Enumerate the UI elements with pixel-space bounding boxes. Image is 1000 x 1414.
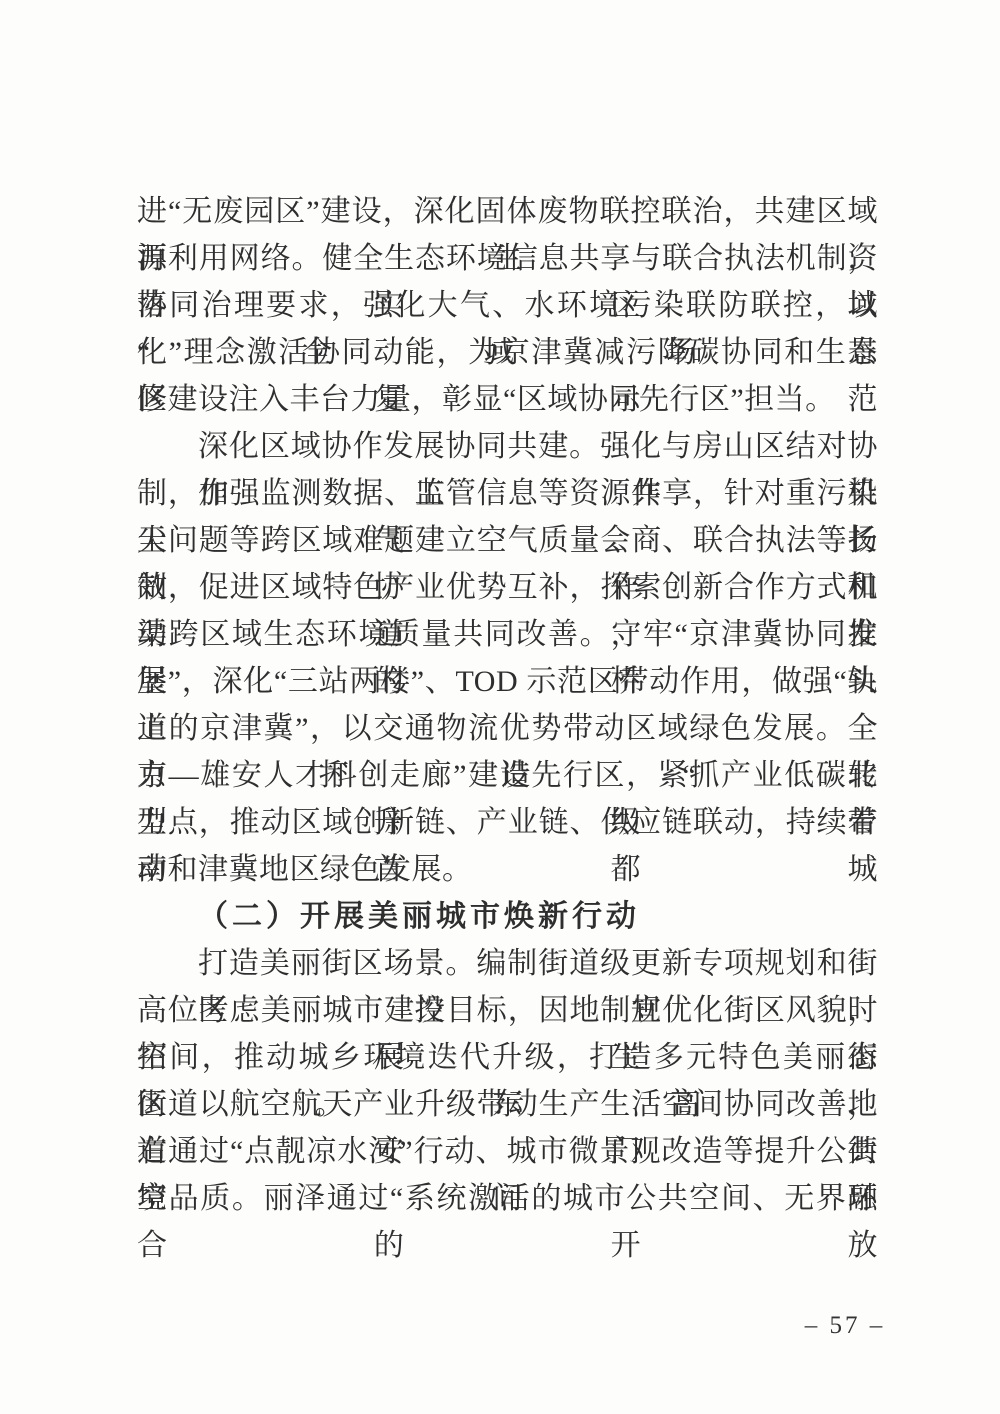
section-heading: （二）开展美丽城市焕新行动: [137, 893, 878, 940]
document-line: 堡”，深化“三站两楼”、TOD 示范区带动作用，做强“轨道: [137, 658, 878, 705]
document-line: 打造美丽街区场景。编制街道级更新专项规划和街区控规时: [137, 940, 878, 987]
document-line: 深化区域协作发展协同共建。强化与房山区结对协作工作机: [137, 423, 878, 470]
document-line: 制，加强监测数据、监管信息等资源共享，针对重污染天气、扬: [137, 470, 878, 517]
document-line: 化”理念激活协同动能，为京津冀减污降碳协同和生态修复示范: [137, 329, 878, 376]
document-line: 源利用网络。健全生态环境信息共享与联合执法机制，落实区域: [137, 235, 878, 282]
document-line: 街道以航空航天产业升级带动生产生活空间协同改善，右安门街: [137, 1081, 878, 1128]
document-line: 道通过“点靓凉水河”行动、城市微景观改造等提升公共空间环: [137, 1128, 878, 1175]
document-line: 京—雄安人才科创走廊”建设先行区，紧抓产业低碳转型升级着: [137, 752, 878, 799]
document-text-block: 进“无废园区”建设，深化固体废物联控联治，共建区域再生资 源利用网络。健全生态环…: [137, 188, 878, 1222]
document-line: 高位考虑美丽城市建设目标，因地制宜优化街区风貌，拓展生态: [137, 987, 878, 1034]
document-line: 制，促进区域特色产业优势互补，探索创新合作方式和渠道，推: [137, 564, 878, 611]
document-line: 进“无废园区”建设，深化固体废物联控联治，共建区域再生资: [137, 188, 878, 235]
document-line: 境品质。丽泽通过“系统激活的城市公共空间、无界融合的开放: [137, 1175, 878, 1222]
document-line: 空间，推动城乡环境迭代升级，打造多元特色美丽街区。东高地: [137, 1034, 878, 1081]
document-line: 协同治理要求，强化大气、水环境污染联防联控，以“全域场景: [137, 282, 878, 329]
document-line: 动跨区域生态环境质量共同改善。守牢“京津冀协同发展的桥头: [137, 611, 878, 658]
document-page: 进“无废园区”建设，深化固体废物联控联治，共建区域再生资 源利用网络。健全生态环…: [0, 0, 1000, 1414]
page-number: – 57 –: [780, 1306, 910, 1346]
document-line: 力点，推动区域创新链、产业链、供应链联动，持续带动首都城: [137, 799, 878, 846]
document-line: 上的京津冀”，以交通物流优势带动区域绿色发展。全力打造“北: [137, 705, 878, 752]
document-line: 尘问题等跨区域难题建立空气质量会商、联合执法等长效协作机: [137, 517, 878, 564]
document-line: 区建设注入丰台力量，彰显“区域协同先行区”担当。: [137, 376, 878, 423]
